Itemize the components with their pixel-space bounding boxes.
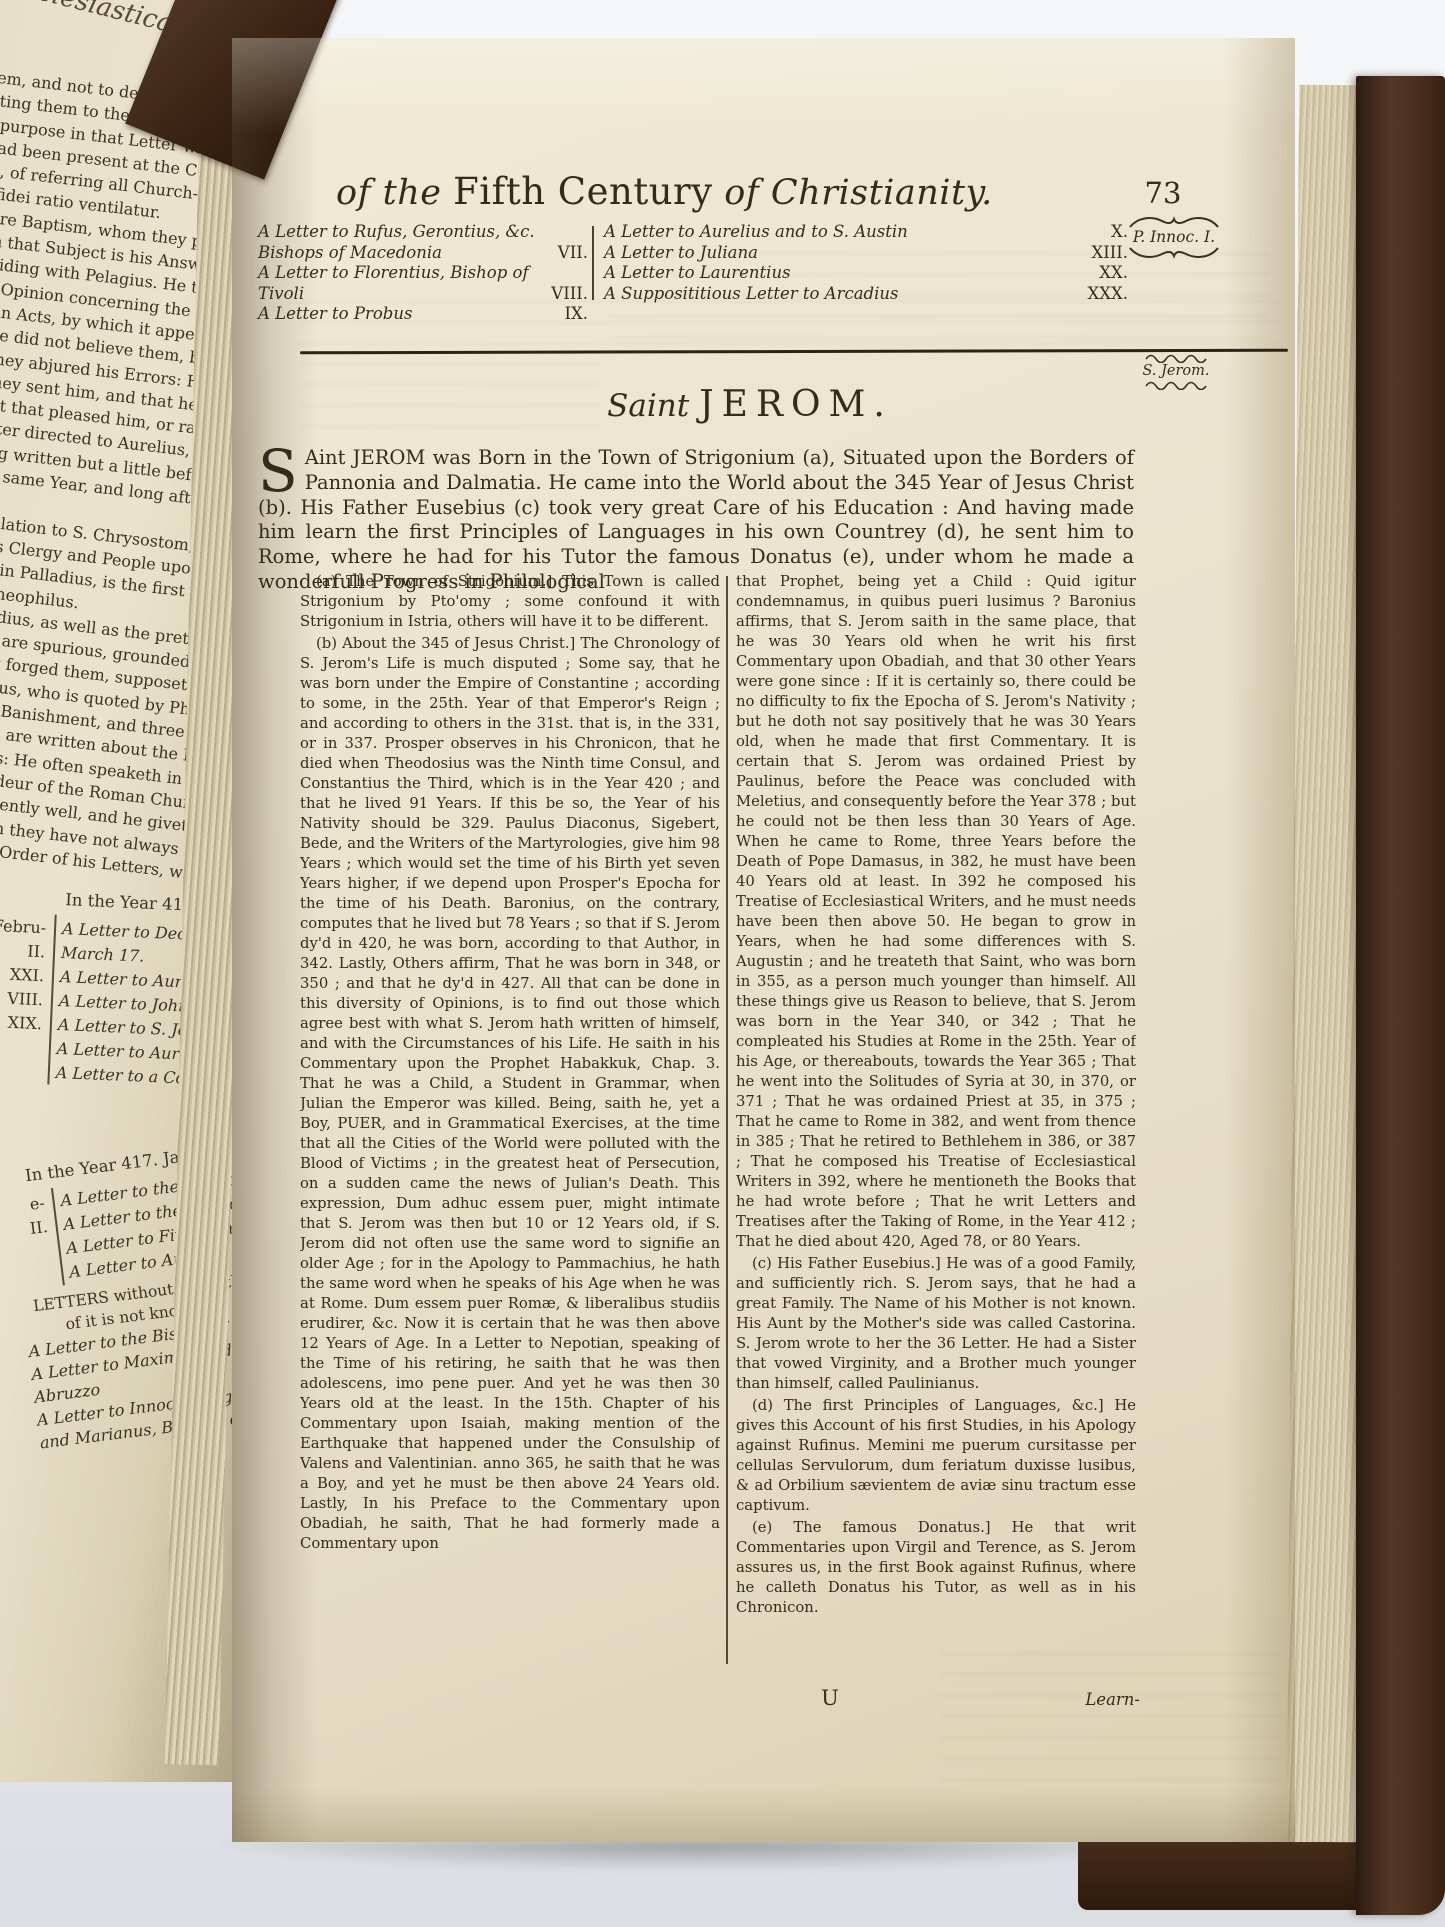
list-item: (c) His Father Eusebius.] He was of a go… [736, 1254, 1136, 1394]
index-label: A Letter to Laurentius [604, 263, 1068, 284]
index-label: A Supposititious Letter to Arcadius [604, 284, 1068, 305]
squiggle-icon [1144, 380, 1208, 390]
running-header-lead: of the [336, 173, 441, 213]
index-row: A Letter to Florentius, Bishop of Tivoli… [258, 263, 588, 304]
list-item: (e) The famous Donatus.] He that writ Co… [736, 1518, 1136, 1618]
index-numeral: XXX. [1068, 284, 1128, 305]
running-header-title: Fifth Century [453, 170, 712, 213]
index-label: A Letter to Rufus, Gerontius, &c. Bishop… [258, 222, 538, 263]
right-page-content: of the Fifth Century of Christianity. 73… [0, 0, 1445, 1927]
footnotes-left-column: (a) The Town of Strigonium.] This Town i… [300, 572, 720, 1674]
index-numeral: VII. [538, 243, 588, 264]
drop-cap: S [258, 446, 305, 494]
page-number: 73 [1128, 176, 1198, 210]
list-item: (b) About the 345 of Jesus Christ.] The … [300, 634, 720, 1554]
book-photo: Ecclesiastical History them, and not to … [0, 0, 1445, 1927]
index-column-divider [592, 226, 594, 300]
squiggle-icon [1144, 353, 1208, 363]
index-row: A Supposititious Letter to Arcadius XXX. [604, 284, 1128, 305]
index-row: A Letter to Probus IX. [258, 304, 588, 325]
cover-right [1356, 76, 1445, 1915]
list-item: that Prophet, being yet a Child : Quid i… [736, 572, 1136, 1252]
index-label: A Letter to Probus [258, 304, 538, 325]
margin-note-innocent: P. Innoc. I. [1124, 214, 1224, 261]
intro-text: Aint JEROM was Born in the Town of Strig… [258, 446, 1134, 593]
letter-index-right: A Letter to Aurelius and to S. Austin X.… [604, 222, 1128, 304]
list-item: (d) The first Principles of Languages, &… [736, 1396, 1136, 1516]
index-numeral: XIII. [1068, 243, 1128, 264]
brace-icon [1128, 215, 1220, 228]
section-title-name: JEROM. [699, 384, 893, 425]
index-row: A Letter to Laurentius XX. [604, 263, 1128, 284]
index-label: A Letter to Aurelius and to S. Austin [604, 222, 1068, 243]
margin-note-text: S. Jerom. [1142, 363, 1209, 379]
letter-index-left: A Letter to Rufus, Gerontius, &c. Bishop… [258, 222, 588, 325]
catchword: Learn- [1048, 1690, 1140, 1709]
index-row: A Letter to Rufus, Gerontius, &c. Bishop… [258, 222, 588, 263]
signature-mark: U [800, 1686, 860, 1710]
running-header-tail: of Christianity. [724, 173, 993, 213]
section-title-prefix: Saint [607, 388, 699, 424]
index-numeral: XX. [1068, 263, 1128, 284]
list-item: (a) The Town of Strigonium.] This Town i… [300, 572, 720, 632]
margin-note-text: P. Innoc. I. [1133, 228, 1215, 246]
index-row: A Letter to Aurelius and to S. Austin X. [604, 222, 1128, 243]
running-header: of the Fifth Century of Christianity. [336, 170, 1096, 213]
index-numeral: VIII. [538, 284, 588, 305]
section-title: SaintJEROM. [580, 384, 920, 425]
footnotes-right-column: that Prophet, being yet a Child : Quid i… [736, 572, 1136, 1674]
index-label: A Letter to Florentius, Bishop of Tivoli [258, 263, 538, 304]
margin-note-jerom: S. Jerom. [1130, 352, 1222, 391]
index-label: A Letter to Juliana [604, 243, 1068, 264]
index-numeral: IX. [538, 304, 588, 325]
brace-icon [1128, 247, 1220, 260]
footnote-column-divider [726, 576, 728, 1664]
index-numeral: X. [1068, 222, 1128, 243]
index-row: A Letter to Juliana XIII. [604, 243, 1128, 264]
